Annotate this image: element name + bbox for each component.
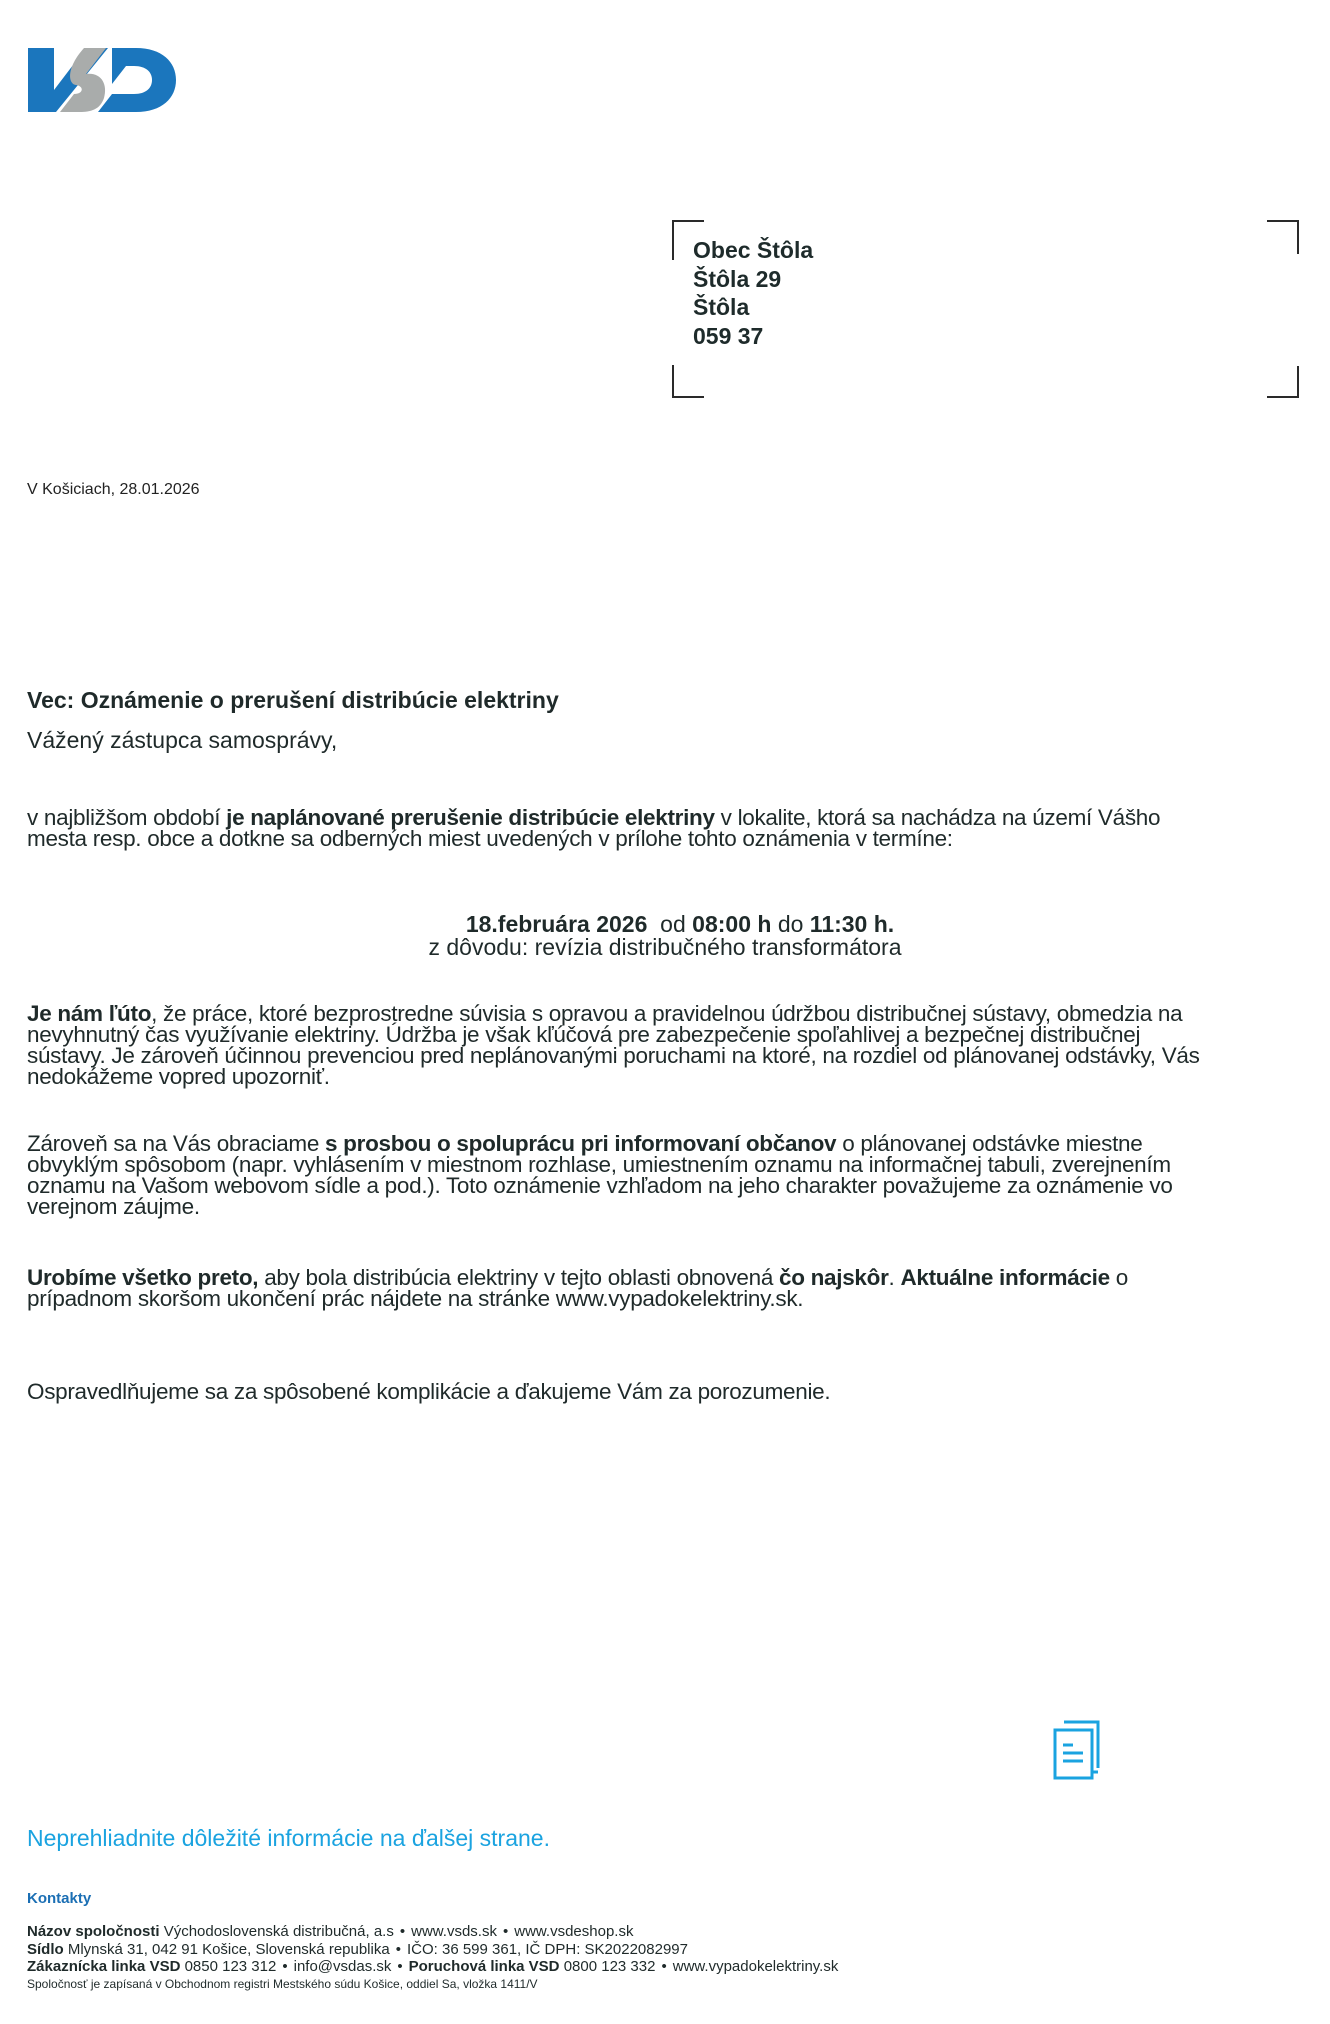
address-window-corner-br	[1267, 366, 1299, 398]
email-link[interactable]: info@vsdas.sk	[294, 1958, 392, 1975]
restoration-text-2: .	[889, 1265, 901, 1290]
link-vsdeshop[interactable]: www.vsdeshop.sk	[514, 1923, 633, 1940]
footer-registry: Spoločnosť je zapísaná v Obchodnom regis…	[27, 1976, 838, 1992]
footer-line-company: Názov spoločnosti Východoslovenská distr…	[27, 1923, 838, 1941]
contacts-footer: Názov spoločnosti Východoslovenská distr…	[27, 1923, 838, 1992]
letter-subject: Vec: Oznámenie o prerušení distribúcie e…	[27, 687, 559, 714]
documents-icon	[1052, 1718, 1102, 1782]
letter-greeting: Vážený zástupca samosprávy,	[27, 727, 337, 754]
address-window-corner-tr	[1267, 220, 1299, 254]
outage-details: 18.februára 2026 od 08:00 h do 11:30 h. …	[0, 913, 1330, 959]
vsd-logo	[26, 28, 178, 112]
restoration-bold-3: Aktuálne informácie	[900, 1265, 1109, 1290]
link-vypadokelektriny[interactable]: www.vypadokelektriny.sk	[673, 1958, 839, 1975]
paragraph-apology: Je nám ľúto, že práce, ktoré bezprostred…	[27, 1003, 1207, 1087]
outage-reason: z dôvodu: revízia distribučného transfor…	[0, 936, 1330, 959]
footer-line-seat: Sídlo Mlynská 31, 042 91 Košice, Slovens…	[27, 1941, 838, 1959]
recipient-city: Štôla	[693, 293, 813, 322]
paragraph-restoration: Urobíme všetko preto, aby bola distribúc…	[27, 1267, 1207, 1309]
footer-line-phones: Zákaznícka linka VSD 0850 123 312•info@v…	[27, 1958, 838, 1976]
next-page-notice: Neprehliadnite dôležité informácie na ďa…	[27, 1825, 550, 1852]
recipient-postcode: 059 37	[693, 322, 813, 351]
paragraph-intro: v najbližšom období je naplánované preru…	[27, 807, 1207, 849]
contacts-heading: Kontakty	[27, 1890, 91, 1907]
recipient-address: Obec Štôla Štôla 29 Štôla 059 37	[693, 236, 813, 350]
apology-text: , že práce, ktoré bezprostredne súvisia …	[27, 1001, 1200, 1089]
paragraph-closing: Ospravedlňujeme sa za spôsobené kompliká…	[27, 1381, 1207, 1402]
paragraph-cooperation: Zároveň sa na Vás obraciame s prosbou o …	[27, 1133, 1207, 1217]
link-vsds[interactable]: www.vsds.sk	[411, 1923, 497, 1940]
recipient-street: Štôla 29	[693, 265, 813, 294]
recipient-name: Obec Štôla	[693, 236, 813, 265]
address-window-corner-bl	[672, 365, 704, 398]
place-date: V Košiciach, 28.01.2026	[27, 481, 200, 499]
